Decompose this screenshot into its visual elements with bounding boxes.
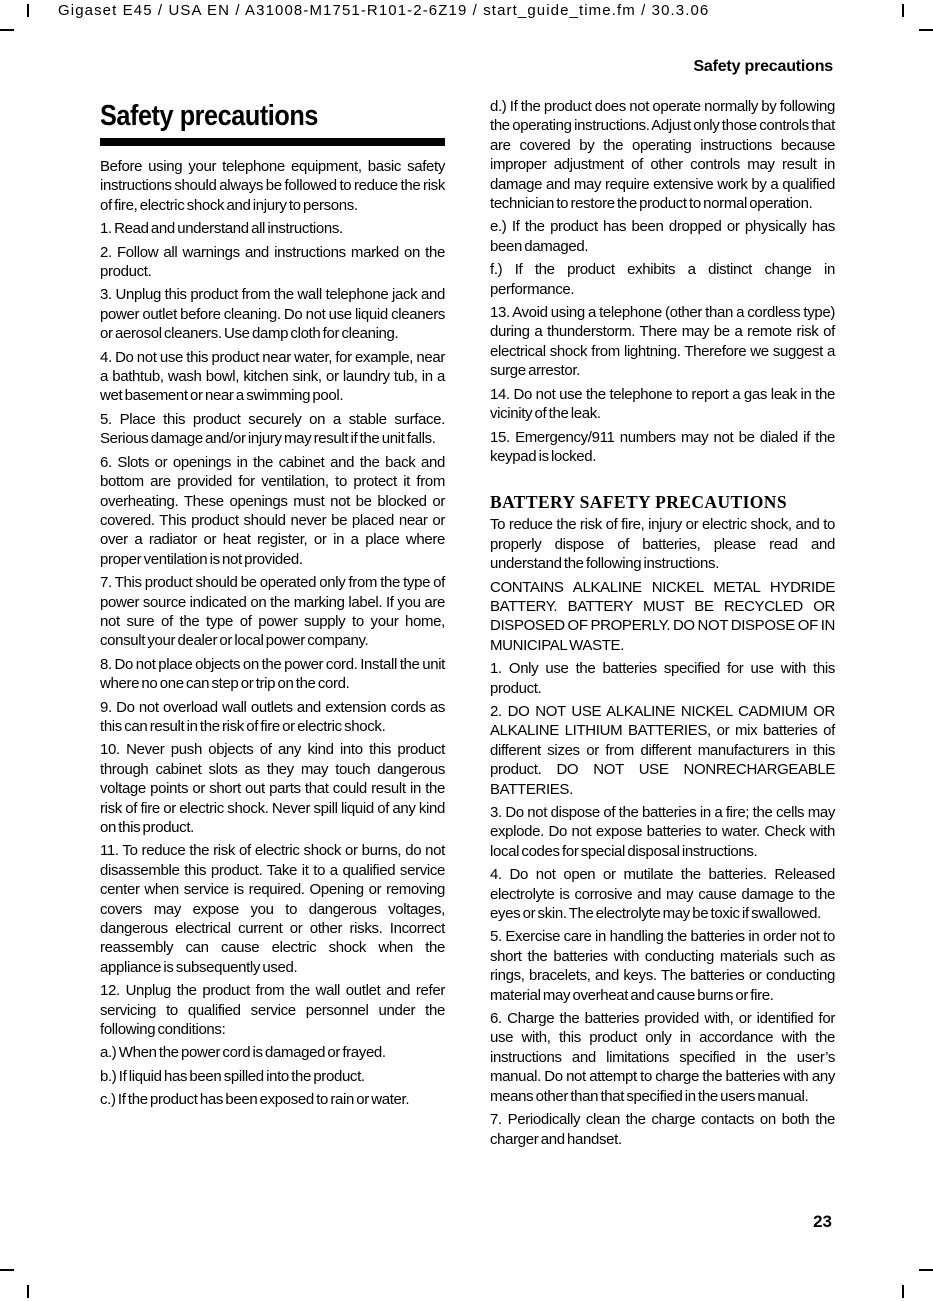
right-column: d.) If the product does not operate norm… (490, 97, 835, 1153)
safety-item-10: 10. Never push objects of any kind into … (100, 740, 445, 837)
safety-item-12a: a.) When the power cord is damaged or fr… (100, 1043, 445, 1062)
safety-item-9: 9. Do not overload wall outlets and exte… (100, 698, 445, 737)
page-number: 23 (813, 1212, 832, 1232)
battery-item-2: 2. DO NOT USE ALKALINE NICKEL CADMIUM OR… (490, 702, 835, 799)
safety-item-14: 14. Do not use the telephone to report a… (490, 385, 835, 424)
manual-page: Gigaset E45 / USA EN / A31008-M1751-R101… (0, 0, 933, 1301)
safety-item-5: 5. Place this product securely on a stab… (100, 410, 445, 449)
safety-item-4: 4. Do not use this product near water, f… (100, 348, 445, 406)
safety-item-12d: d.) If the product does not operate norm… (490, 97, 835, 213)
page-title: Safety precautions (100, 100, 318, 132)
safety-item-8: 8. Do not place objects on the power cor… (100, 655, 445, 694)
crop-mark-bottom-right-vertical (902, 1285, 904, 1298)
battery-warning-caps: CONTAINS ALKALINE NICKEL METAL HYDRIDE B… (490, 578, 835, 656)
safety-item-7: 7. This product should be operated only … (100, 573, 445, 651)
safety-item-6: 6. Slots or openings in the cabinet and … (100, 453, 445, 569)
safety-item-15: 15. Emergency/911 numbers may not be dia… (490, 428, 835, 467)
document-id-header: Gigaset E45 / USA EN / A31008-M1751-R101… (58, 2, 709, 19)
crop-mark-top-left-vertical (27, 4, 29, 17)
crop-mark-bottom-left-vertical (27, 1285, 29, 1298)
crop-mark-bottom-right-horizontal (919, 1269, 933, 1271)
safety-item-1: 1. Read and understand all instructions. (100, 219, 445, 238)
safety-item-2: 2. Follow all warnings and instructions … (100, 243, 445, 282)
crop-mark-top-right-vertical (902, 4, 904, 17)
battery-item-1: 1. Only use the batteries specified for … (490, 659, 835, 698)
crop-mark-top-right-horizontal (919, 29, 933, 31)
battery-item-6: 6. Charge the batteries provided with, o… (490, 1009, 835, 1106)
safety-item-12c: c.) If the product has been exposed to r… (100, 1090, 445, 1109)
safety-item-13: 13. Avoid using a telephone (other than … (490, 303, 835, 381)
safety-item-12e: e.) If the product has been dropped or p… (490, 217, 835, 256)
battery-item-4: 4. Do not open or mutilate the batteries… (490, 865, 835, 923)
left-column: Safety precautions Before using your tel… (100, 100, 445, 1114)
safety-item-12: 12. Unplug the product from the wall out… (100, 981, 445, 1039)
safety-item-11: 11. To reduce the risk of electric shock… (100, 841, 445, 977)
crop-mark-top-left-horizontal (0, 29, 14, 31)
intro-paragraph: Before using your telephone equipment, b… (100, 157, 445, 215)
battery-section-heading: BATTERY SAFETY PRECAUTIONS (490, 492, 835, 513)
safety-item-12f: f.) If the product exhibits a distinct c… (490, 260, 835, 299)
safety-item-12b: b.) If liquid has been spilled into the … (100, 1067, 445, 1086)
battery-item-3: 3. Do not dispose of the batteries in a … (490, 803, 835, 861)
crop-mark-bottom-left-horizontal (0, 1269, 14, 1271)
battery-item-7: 7. Periodically clean the charge contact… (490, 1110, 835, 1149)
battery-intro: To reduce the risk of fire, injury or el… (490, 515, 835, 573)
battery-item-5: 5. Exercise care in handling the batteri… (490, 927, 835, 1005)
title-rule (100, 138, 445, 146)
safety-item-3: 3. Unplug this product from the wall tel… (100, 285, 445, 343)
running-header-section: Safety precautions (693, 58, 833, 76)
